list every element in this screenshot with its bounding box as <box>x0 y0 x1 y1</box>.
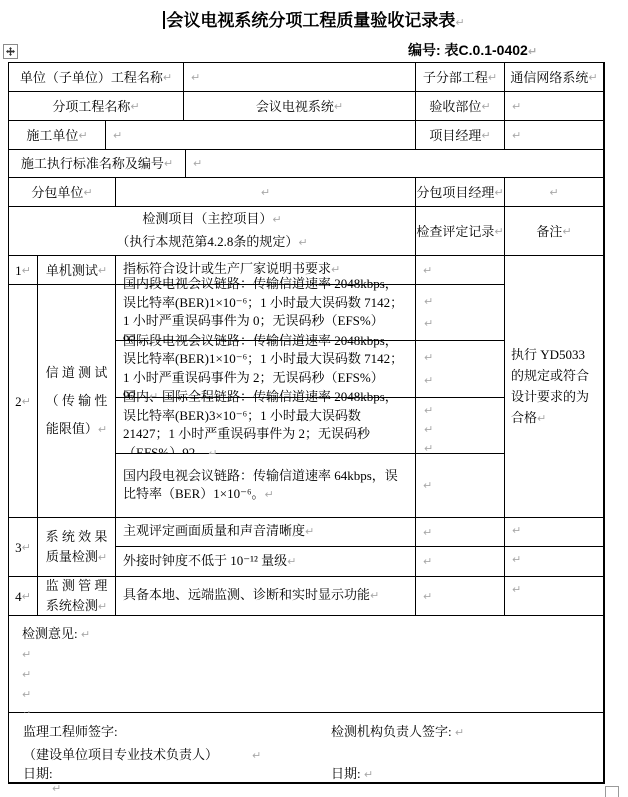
desc-text: 主观评定画面质量和声音清晰度↵ <box>123 522 314 542</box>
paragraph-mark: ↵ <box>423 587 432 606</box>
paragraph-mark: ↵ <box>423 523 432 542</box>
paragraph-mark: ↵ <box>455 726 464 739</box>
builder-note-text: （建设单位项目专业技术负责人） <box>23 747 218 762</box>
agency-sign-text: 检测机构负责人签字: <box>331 724 455 739</box>
category-line: 信 道 测 试 <box>46 359 108 387</box>
label-text: 单位（子单位）工程名称 <box>20 68 163 87</box>
paragraph-mark: ↵ <box>83 183 92 202</box>
cell-row2-desc-fullroute: 国内、国际全程链路：传输信道速率 2048kbps，误比特率(BER)3×10⁻… <box>116 398 416 454</box>
page-title: 会议电视系统分项工程质量验收记录表 <box>166 11 455 30</box>
desc-inner: 主观评定画面质量和声音清晰度 <box>123 523 305 538</box>
paragraph-mark: ↵ <box>98 423 107 436</box>
cell-record-header: 检查评定记录↵ <box>416 207 505 256</box>
paragraph-mark: ↵ <box>488 68 497 87</box>
paragraph-mark: ↵ <box>265 488 274 501</box>
paragraph-mark: ↵ <box>481 126 490 145</box>
desc-text: 具备本地、远端监测、诊断和实时显示功能↵ <box>123 586 379 606</box>
paragraph-mark: ↵ <box>52 782 61 795</box>
empty-line: ↵ <box>22 684 31 704</box>
cell-row3-remark-clock[interactable]: ↵ <box>505 547 604 577</box>
paragraph-mark: ↵ <box>512 126 521 145</box>
cell-remark-merged: 执行 YD5033 的规定或符合设计要求的为合格↵ <box>505 256 604 518</box>
cell-subcontractor-label: 分包单位↵ <box>9 178 116 207</box>
cell-row1-category: 单机测试↵ <box>38 256 116 285</box>
label-text: 施工单位 <box>26 126 78 145</box>
paragraph-mark: ↵ <box>22 587 31 606</box>
label-text: 分包单位 <box>31 183 83 202</box>
paragraph-mark: ↵ <box>481 97 490 116</box>
paragraph-mark: ↵ <box>424 371 433 390</box>
cell-row3-record-subjective[interactable]: ↵ <box>416 518 505 547</box>
cell-checklist-header: 检测项目（主控项目）↵ （执行本规范第4.2.8条的规定）↵ <box>9 207 416 256</box>
cell-unit-project-value[interactable]: ↵ <box>184 63 416 92</box>
header-text: 检查评定记录 <box>416 222 494 241</box>
cell-row2-record-fullroute[interactable]: ↵↵↵ <box>416 398 505 454</box>
cell-standard-label: 施工执行标准名称及编号↵ <box>9 150 186 178</box>
paragraph-mark: ↵ <box>512 97 521 116</box>
desc-inner: 指标符合设计或生产厂家说明书要求 <box>123 261 331 276</box>
cell-row1-record[interactable]: ↵ <box>416 256 505 285</box>
table-move-handle-icon[interactable] <box>3 44 18 59</box>
cell-row2-desc-64kbps: 国内段电视会议链路：传输信道速率 64kbps，误比特率（BER）1×10⁻⁶。… <box>116 454 416 518</box>
cell-row4-record[interactable]: ↵ <box>416 577 505 616</box>
paragraph-mark: ↵ <box>370 589 379 602</box>
cell-row4-remark[interactable]: ↵ <box>505 577 604 616</box>
builder-note: （建设单位项目专业技术负责人）↵ <box>23 745 261 765</box>
paragraph-mark: ↵ <box>588 68 597 87</box>
cell-row2-record-64kbps[interactable]: ↵ <box>416 454 505 518</box>
paragraph-mark: ↵ <box>22 688 31 701</box>
cell-row3-category: 系 统 效 果 质量检测↵ <box>38 518 116 577</box>
desc-inner: 国内段电视会议链路：传输信道速率 64kbps，误比特率（BER）1×10⁻⁶。 <box>123 468 398 502</box>
paragraph-mark: ↵ <box>512 550 521 569</box>
paragraph-mark: ↵ <box>193 154 202 173</box>
desc-inner: 具备本地、远端监测、诊断和实时显示功能 <box>123 587 370 602</box>
empty-line: ↵ <box>22 664 31 684</box>
remark-inner: 执行 YD5033 的规定或符合设计要求的为合格 <box>511 347 589 425</box>
cell-row3-number: 3↵ <box>9 518 38 577</box>
opinion-label: 检测意见: <box>22 626 81 641</box>
paragraph-mark: ↵ <box>494 222 503 241</box>
label-text: 子分部工程 <box>423 68 488 87</box>
label-text: 施工执行标准名称及编号 <box>21 154 164 173</box>
cell-sub-division-label: 子分部工程↵ <box>416 63 505 92</box>
paragraph-mark: ↵ <box>22 261 31 280</box>
cell-signatures: 监理工程师签字: 检测机构负责人签字: ↵ （建设单位项目专业技术负责人）↵ 日… <box>9 713 604 783</box>
paragraph-mark: ↵ <box>252 749 261 762</box>
cell-acceptance-part-label: 验收部位↵ <box>416 92 505 121</box>
paragraph-mark: ↵ <box>423 476 432 495</box>
paragraph-mark: ↵ <box>22 668 31 681</box>
category-line: 能限值）↵ <box>46 415 107 444</box>
cell-subcontract-manager-value[interactable]: ↵ <box>505 178 604 207</box>
value-text: 会议电视系统 <box>256 97 334 116</box>
cell-row3-desc-subjective: 主观评定画面质量和声音清晰度↵ <box>116 518 416 547</box>
cell-standard-value[interactable]: ↵ <box>186 150 604 178</box>
cell-sub-division-value: 通信网络系统↵ <box>505 63 604 92</box>
supervisor-sign-label[interactable]: 监理工程师签字: <box>23 722 118 741</box>
cell-project-manager-value[interactable]: ↵ <box>505 121 604 150</box>
paragraph-mark: ↵ <box>287 555 296 568</box>
acceptance-table: 单位（子单位）工程名称↵ ↵ 子分部工程↵ 通信网络系统↵ 分项工程名称↵ 会议… <box>8 62 605 784</box>
paragraph-mark: ↵ <box>528 45 537 58</box>
cell-inspection-opinion[interactable]: 检测意见: ↵ ↵ ↵ ↵ ↵ <box>9 616 604 713</box>
checklist-header-line1: 检测项目（主控项目）↵ <box>142 208 281 231</box>
desc-inner: 国内、国际全程链路：传输信道速率 2048kbps，误比特率(BER)3×10⁻… <box>123 389 398 460</box>
paragraph-mark: ↵ <box>512 580 521 599</box>
paragraph-mark: ↵ <box>512 521 521 540</box>
header-text: 备注 <box>536 222 562 241</box>
paragraph-mark: ↵ <box>163 68 172 87</box>
cell-row4-category: 监 测 管 理 系统检测↵ <box>38 577 116 616</box>
paragraph-mark: ↵ <box>78 126 87 145</box>
paragraph-mark: ↵ <box>494 183 503 202</box>
paragraph-mark: ↵ <box>455 16 464 29</box>
category-line: 系统检测↵ <box>46 596 107 617</box>
paragraph-mark: ↵ <box>98 261 107 280</box>
cell-row3-record-clock[interactable]: ↵ <box>416 547 505 577</box>
paragraph-mark: ↵ <box>549 183 558 202</box>
paragraph-mark: ↵ <box>424 314 433 333</box>
cell-subcontract-manager-label: 分包项目经理↵ <box>416 178 505 207</box>
doc-number: 编号: 表C.0.1-0402↵ <box>408 40 537 60</box>
category-line: 监 测 管 理 <box>46 576 108 596</box>
date-label-left[interactable]: 日期: <box>23 764 53 783</box>
table-resize-handle-icon[interactable] <box>605 786 619 797</box>
category-line: （ 传 输 性 <box>46 387 108 415</box>
cell-row3-desc-clock: 外接时钟度不低于 10⁻¹² 量级↵ <box>116 547 416 577</box>
doc-number-text: 编号: 表C.0.1-0402 <box>408 42 528 58</box>
desc-text: 外接时钟度不低于 10⁻¹² 量级↵ <box>123 552 296 572</box>
header-text: （执行本规范第4.2.8条的规定） <box>116 234 298 249</box>
paragraph-mark: ↵ <box>130 97 139 116</box>
cell-row2-record-domestic[interactable]: ↵↵ <box>416 285 505 341</box>
cell-row2-record-international[interactable]: ↵↵ <box>416 341 505 398</box>
remark-text: 执行 YD5033 的规定或符合设计要求的为合格↵ <box>511 344 597 429</box>
paragraph-mark: ↵ <box>261 183 270 202</box>
cell-construction-unit-label: 施工单位↵ <box>9 121 106 150</box>
paragraph-mark: ↵ <box>22 648 31 661</box>
category-text: 能限值） <box>46 421 98 436</box>
date-right-text: 日期: <box>331 766 364 781</box>
paragraph-mark: ↵ <box>81 628 90 641</box>
date-label-right[interactable]: 日期: ↵ <box>331 764 373 784</box>
category-text: 系统检测 <box>46 598 98 613</box>
cell-row4-desc: 具备本地、远端监测、诊断和实时显示功能↵ <box>116 577 416 616</box>
paragraph-mark: ↵ <box>272 213 281 226</box>
four-way-arrow-icon <box>6 47 15 56</box>
paragraph-mark: ↵ <box>98 551 107 564</box>
label-text: 分包项目经理 <box>416 183 494 202</box>
paragraph-mark: ↵ <box>334 97 343 116</box>
paragraph-mark: ↵ <box>423 552 432 571</box>
cell-row3-remark-subjective[interactable]: ↵ <box>505 518 604 547</box>
paragraph-mark: ↵ <box>113 126 122 145</box>
category-line: 质量检测↵ <box>46 547 107 568</box>
paragraph-mark: ↵ <box>298 236 307 249</box>
cell-branch-project-label: 分项工程名称↵ <box>9 92 184 121</box>
value-text: 通信网络系统 <box>510 68 588 87</box>
category-text: 质量检测 <box>46 549 98 564</box>
desc-text: 国内、国际全程链路：传输信道速率 2048kbps，误比特率(BER)3×10⁻… <box>123 388 408 463</box>
paragraph-mark: ↵ <box>424 420 433 439</box>
paragraph-mark: ↵ <box>424 401 433 420</box>
agency-sign-label[interactable]: 检测机构负责人签字: ↵ <box>331 722 464 742</box>
document-page: 会议电视系统分项工程质量验收记录表↵ 编号: 表C.0.1-0402↵ 单位（子… <box>0 0 628 797</box>
category-text: 单机测试 <box>46 261 98 280</box>
empty-line: ↵ <box>22 644 31 664</box>
category-line: 系 统 效 果 <box>46 527 108 547</box>
cell-branch-project-value: 会议电视系统↵ <box>184 92 416 121</box>
header-text: 检测项目（主控项目） <box>142 211 272 226</box>
paragraph-mark: ↵ <box>98 600 107 613</box>
cell-subcontractor-value[interactable]: ↵ <box>116 178 416 207</box>
cell-row2-category: 信 道 测 试 （ 传 输 性 能限值）↵ <box>38 285 116 518</box>
paragraph-mark: ↵ <box>562 222 571 241</box>
label-text: 项目经理 <box>429 126 481 145</box>
cell-row1-number: 1↵ <box>9 256 38 285</box>
checklist-header-line2: （执行本规范第4.2.8条的规定）↵ <box>116 231 307 254</box>
opinion-label-line: 检测意见: ↵ <box>22 624 90 644</box>
desc-inner: 外接时钟度不低于 10⁻¹² 量级 <box>123 553 287 568</box>
label-text: 分项工程名称 <box>52 97 130 116</box>
title-row: 会议电视系统分项工程质量验收记录表↵ <box>0 6 628 31</box>
cell-acceptance-part-value[interactable]: ↵ <box>505 92 604 121</box>
paragraph-mark: ↵ <box>424 348 433 367</box>
cell-remark-header: 备注↵ <box>505 207 604 256</box>
paragraph-mark: ↵ <box>537 412 546 425</box>
paragraph-mark: ↵ <box>423 261 432 280</box>
cell-row4-number: 4↵ <box>9 577 38 616</box>
paragraph-mark: ↵ <box>305 525 314 538</box>
cell-project-manager-label: 项目经理↵ <box>416 121 505 150</box>
paragraph-mark: ↵ <box>164 154 173 173</box>
cell-construction-unit-value[interactable]: ↵ <box>106 121 416 150</box>
paragraph-mark: ↵ <box>22 392 31 411</box>
paragraph-mark: ↵ <box>424 292 433 311</box>
paragraph-mark: ↵ <box>22 538 31 557</box>
paragraph-mark: ↵ <box>364 768 373 781</box>
label-text: 验收部位 <box>429 97 481 116</box>
paragraph-mark: ↵ <box>191 68 200 87</box>
cell-row2-number: 2↵ <box>9 285 38 518</box>
desc-text: 国内段电视会议链路：传输信道速率 64kbps，误比特率（BER）1×10⁻⁶。… <box>123 467 408 505</box>
cell-unit-project-label: 单位（子单位）工程名称↵ <box>9 63 184 92</box>
